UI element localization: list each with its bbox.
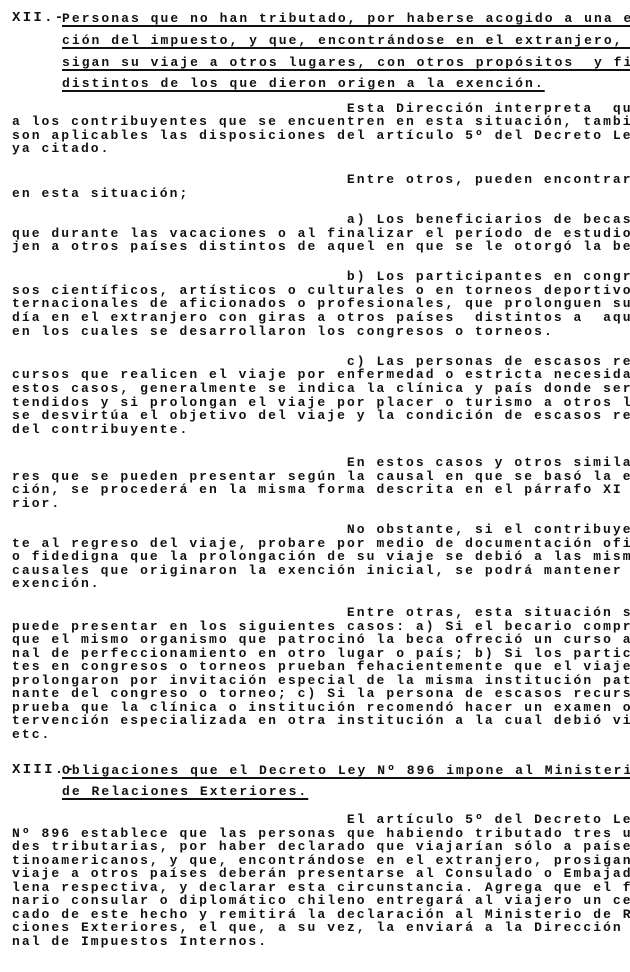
paragraph-line: ternacionales de aficionados o profesion… (12, 297, 630, 310)
section-heading-line: distintos de los que dieron origen a la … (62, 77, 545, 90)
section-heading-line: de Relaciones Exteriores. (62, 785, 308, 798)
paragraph-line: nante del congreso o torneo; c) Si la pe… (12, 687, 630, 700)
paragraph-line: o fidedigna que la prolongación de su vi… (12, 550, 630, 563)
paragraph-line: día en el extranjero con giras a otros p… (12, 311, 630, 324)
paragraph-line: El artículo 5º del Decreto Ley (347, 813, 630, 826)
paragraph-line: causales que originaron la exención inic… (12, 564, 630, 577)
section-number: XII.- (12, 12, 66, 25)
paragraph-line: ción, se procederá en la misma forma des… (12, 483, 630, 496)
paragraph-line: en esta situación; (12, 187, 189, 200)
paragraph-line: jen a otros países distintos de aquel en… (12, 240, 630, 253)
paragraph-line: Entre otras, esta situación se (347, 606, 630, 619)
paragraph-line: nal de Impuestos Internos. (12, 935, 268, 948)
section-heading-line: Obligaciones que el Decreto Ley Nº 896 i… (62, 764, 630, 777)
paragraph-line: a los contribuyentes que se encuentren e… (12, 115, 630, 128)
paragraph-line: viaje a otros países deberán presentarse… (12, 867, 630, 880)
paragraph-line: No obstante, si el contribuyen (347, 523, 630, 536)
paragraph-line: tes en congresos o torneos prueban fehac… (12, 660, 630, 673)
paragraph-line: se desvirtúa el objetivo del viaje y la … (12, 409, 630, 422)
paragraph-line: des tributarias, por haber declarado que… (12, 840, 630, 853)
paragraph-line: tervención especializada en otra institu… (12, 714, 630, 727)
paragraph-line: del contribuyente. (12, 423, 189, 436)
paragraph-line: nario consular o diplomático chileno ent… (12, 894, 630, 907)
paragraph-line: exención. (12, 577, 101, 590)
paragraph-line: ciones Exteriores, el que, a su vez, la … (12, 921, 630, 934)
document-page: XII.-Personas que no han tributado, por … (0, 0, 630, 972)
paragraph-line: rior. (12, 497, 61, 510)
section-heading-line: ción del impuesto, y que, encontrándose … (62, 34, 630, 47)
paragraph-line: En estos casos y otros simila- (347, 456, 630, 469)
paragraph-line: a) Los beneficiarios de becas (347, 213, 630, 226)
paragraph-line: que el mismo organismo que patrocinó la … (12, 633, 630, 646)
paragraph-line: en los cuales se desarrollaron los congr… (12, 325, 554, 338)
paragraph-line: etc. (12, 728, 51, 741)
paragraph-line: Entre otros, pueden encontrarse (347, 173, 630, 186)
paragraph-line: b) Los participantes en congre (347, 270, 630, 283)
section-heading-line: Personas que no han tributado, por haber… (62, 12, 630, 25)
paragraph-line: estos casos, generalmente se indica la c… (12, 382, 630, 395)
paragraph-line: cursos que realicen el viaje por enferme… (12, 368, 630, 381)
paragraph-line: ya citado. (12, 142, 111, 155)
section-heading-line: sigan su viaje a otros lugares, con otro… (62, 56, 630, 69)
